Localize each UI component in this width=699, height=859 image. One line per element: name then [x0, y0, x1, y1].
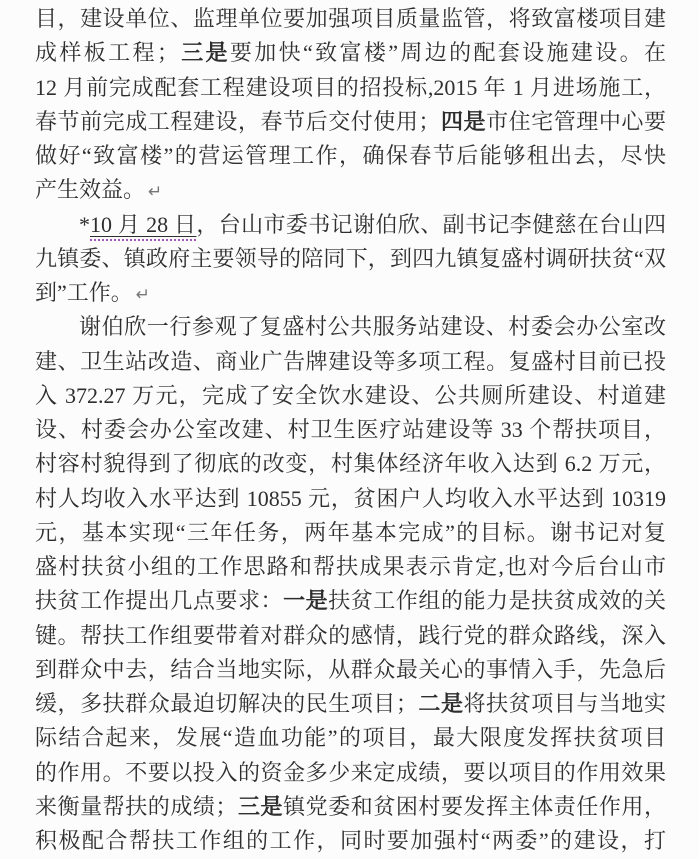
text-run: 扶贫工作提出几点要求：: [35, 588, 283, 613]
text-run: 九镇委、镇政府主要领导的陪同下，到四九镇复盛村调研扶贫“双: [35, 246, 666, 271]
text-run: 盛村扶贫小组的工作思路和帮扶成果表示肯定,也对今后台山市: [35, 554, 666, 579]
text-run: 积极配合帮扶工作组的工作，同时要加强村“两委”的建设，打: [35, 828, 666, 853]
text-line: 到群众中去，结合当地实际，从群众最关心的事情入手，先急后: [35, 653, 666, 687]
text-line: 产生效益。↵: [35, 173, 666, 207]
text-run: 来衡量帮扶的成绩；: [35, 794, 237, 819]
text-line: 村人均收入水平达到 10855 元，贫困户人均收入水平达到 10319: [35, 482, 666, 516]
text-run: 缓，多扶群众最迫切解决的民生项目；: [35, 691, 418, 716]
text-run: 键。帮扶工作组要带着对群众的感情，践行党的群众路线，深入: [35, 623, 666, 648]
text-line: 键。帮扶工作组要带着对群众的感情，践行党的群众路线，深入: [35, 619, 666, 653]
text-run: 成样板工程；: [35, 40, 179, 65]
text-run: *: [79, 212, 90, 237]
document-body: 目，建设单位、监理单位要加强项目质量监管，将致富楼项目建成样板工程；三是要加快“…: [35, 2, 666, 858]
text-run: 镇党委和贫困村要发挥主体责任作用，: [283, 794, 666, 819]
emphasis-text: 四是: [440, 109, 486, 134]
text-line: 到”工作。↵: [35, 276, 666, 310]
text-run: 到群众中去，结合当地实际，从群众最关心的事情入手，先急后: [35, 657, 666, 682]
text-run: 扶贫工作组的能力是扶贫成效的关: [328, 588, 666, 613]
text-line: 来衡量帮扶的成绩；三是镇党委和贫困村要发挥主体责任作用，: [35, 790, 666, 824]
text-run: 春节前完成工程建设，春节后交付使用；: [35, 109, 440, 134]
text-run: 12 月前完成配套工程建设项目的招投标,2015 年 1 月进场施工，: [35, 75, 666, 100]
text-run: 市住宅管理中心要: [486, 109, 666, 134]
paragraph-return-mark-icon: ↵: [136, 285, 150, 305]
text-run: 村人均收入水平达到 10855 元，贫困户人均收入水平达到 10319: [35, 486, 666, 511]
text-run: 产生效益。: [35, 177, 145, 202]
emphasis-text: 一是: [283, 588, 328, 613]
text-run: 的作用。不要以投入的资金多少来定成绩，要以项目的作用效果: [35, 760, 666, 785]
text-run: 入 372.27 万元，完成了安全饮水建设、公共厕所建设、村道建: [35, 383, 666, 408]
text-run: 元，基本实现“三年任务，两年基本完成”的目标。谢书记对复: [35, 520, 666, 545]
text-line: 入 372.27 万元，完成了安全饮水建设、公共厕所建设、村道建: [35, 379, 666, 413]
document-page: 目，建设单位、监理单位要加强项目质量监管，将致富楼项目建成样板工程；三是要加快“…: [0, 0, 699, 859]
text-line: 12 月前完成配套工程建设项目的招投标,2015 年 1 月进场施工，: [35, 71, 666, 105]
text-line: 盛村扶贫小组的工作思路和帮扶成果表示肯定,也对今后台山市: [35, 550, 666, 584]
emphasis-text: 三是: [237, 794, 283, 819]
text-run: 目，建设单位、监理单位要加强项目质量监管，将致富楼项目建: [35, 6, 666, 31]
text-line: 目，建设单位、监理单位要加强项目质量监管，将致富楼项目建: [35, 2, 666, 36]
text-line: 九镇委、镇政府主要领导的陪同下，到四九镇复盛村调研扶贫“双: [35, 242, 666, 276]
paragraph-return-mark-icon: ↵: [148, 182, 162, 202]
text-line: 的作用。不要以投入的资金多少来定成绩，要以项目的作用效果: [35, 756, 666, 790]
text-run: 际结合起来，发展“造血功能”的项目，最大限度发挥扶贫项目: [35, 725, 666, 750]
text-line: *10 月 28 日，台山市委书记谢伯欣、副书记李健慈在台山四: [35, 208, 666, 242]
underlined-date: 10 月 28 日: [90, 212, 196, 241]
text-line: 际结合起来，发展“造血功能”的项目，最大限度发挥扶贫项目: [35, 721, 666, 755]
text-run: 设、村委会办公室改建、村卫生医疗站建设等 33 个帮扶项目，: [35, 417, 666, 442]
text-line: 缓，多扶群众最迫切解决的民生项目；二是将扶贫项目与当地实: [35, 687, 666, 721]
emphasis-text: 二是: [418, 691, 464, 716]
text-run: 将扶贫项目与当地实: [464, 691, 666, 716]
text-line: 春节前完成工程建设，春节后交付使用；四是市住宅管理中心要: [35, 105, 666, 139]
text-line: 成样板工程；三是要加快“致富楼”周边的配套设施建设。在: [35, 36, 666, 70]
text-run: ，台山市委书记谢伯欣、副书记李健慈在台山四: [196, 212, 666, 237]
text-run: 要加快“致富楼”周边的配套设施建设。在: [230, 40, 666, 65]
text-line: 做好“致富楼”的营运管理工作，确保春节后能够租出去，尽快: [35, 139, 666, 173]
text-line: 建、卫生站改造、商业广告牌建设等多项工程。复盛村目前已投: [35, 345, 666, 379]
text-line: 村容村貌得到了彻底的改变，村集体经济年收入达到 6.2 万元，: [35, 447, 666, 481]
text-line: 谢伯欣一行参观了复盛村公共服务站建设、村委会办公室改: [35, 310, 666, 344]
text-run: 谢伯欣一行参观了复盛村公共服务站建设、村委会办公室改: [79, 314, 666, 339]
text-run: 做好“致富楼”的营运管理工作，确保春节后能够租出去，尽快: [35, 143, 666, 168]
text-line: 设、村委会办公室改建、村卫生医疗站建设等 33 个帮扶项目，: [35, 413, 666, 447]
text-run: 村容村貌得到了彻底的改变，村集体经济年收入达到 6.2 万元，: [35, 451, 666, 476]
text-line: 元，基本实现“三年任务，两年基本完成”的目标。谢书记对复: [35, 516, 666, 550]
text-run: 到”工作。: [35, 280, 133, 305]
text-line: 扶贫工作提出几点要求：一是扶贫工作组的能力是扶贫成效的关: [35, 584, 666, 618]
text-line: 积极配合帮扶工作组的工作，同时要加强村“两委”的建设，打: [35, 824, 666, 858]
text-run: 建、卫生站改造、商业广告牌建设等多项工程。复盛村目前已投: [35, 349, 666, 374]
emphasis-text: 三是: [179, 40, 230, 65]
